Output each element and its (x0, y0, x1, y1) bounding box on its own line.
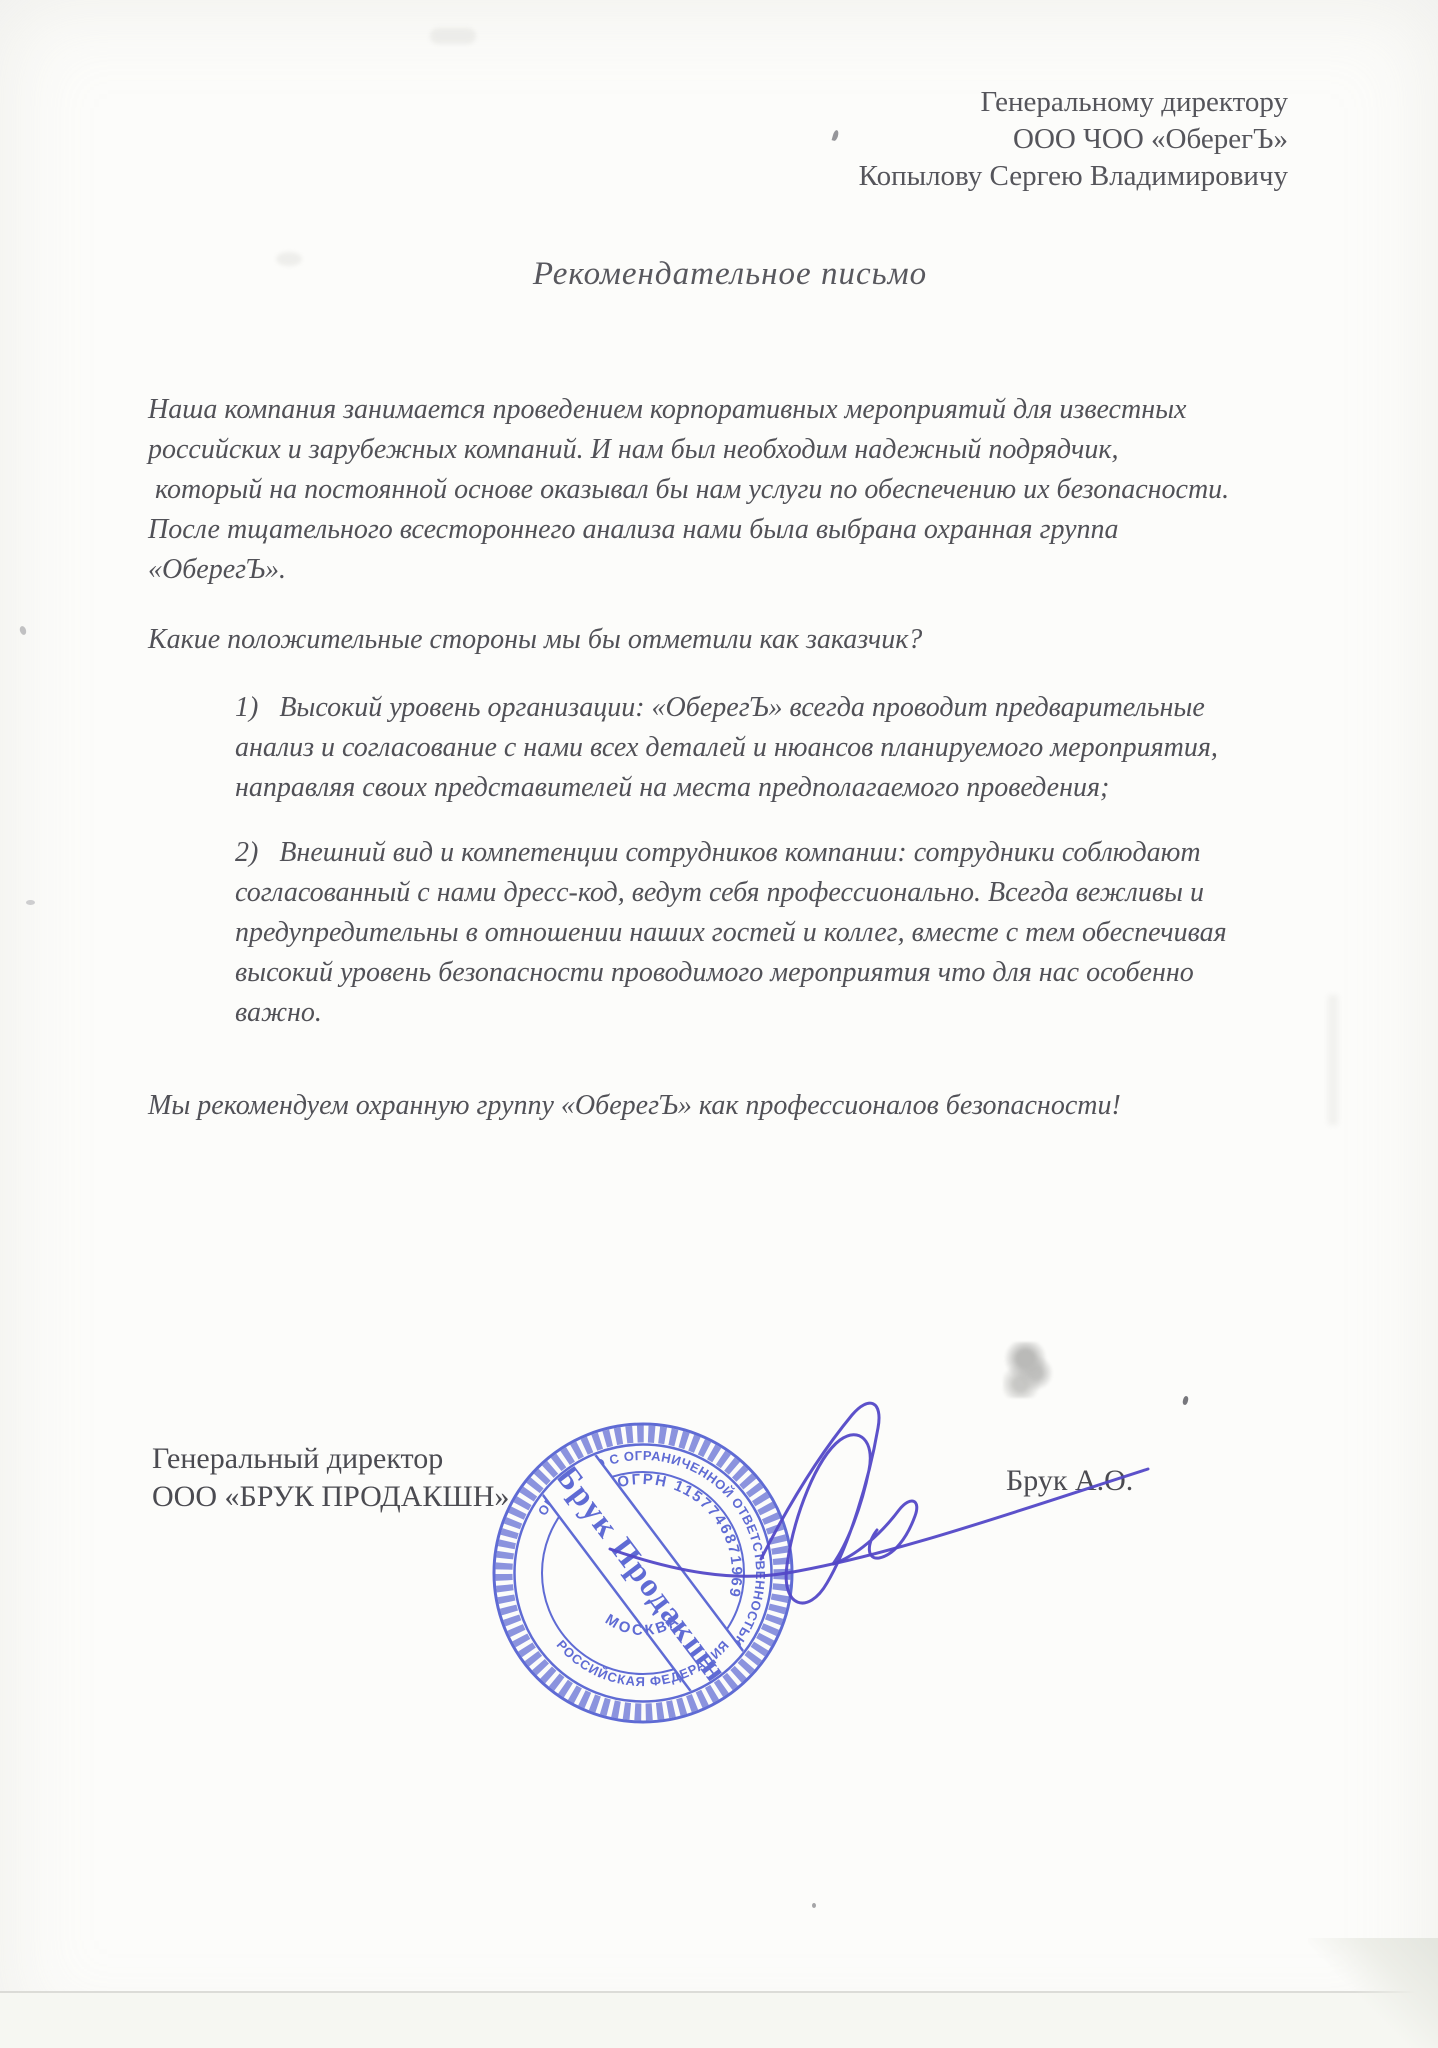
scan-smudge (1328, 995, 1338, 1125)
scan-smudge (276, 252, 302, 266)
company-stamp: ОБЩЕСТВО С ОГРАНИЧЕННОЙ ОТВЕТСТВЕННОСТЬЮ… (494, 1424, 792, 1722)
scan-speck (26, 900, 35, 905)
scan-smudge (430, 28, 476, 44)
scanned-letter-page: Генеральному директору ООО ЧОО «ОберегЪ»… (0, 0, 1438, 2048)
stamp-banner: “Брук Продакшн” (527, 1434, 759, 1711)
stamp-and-signature-layer: ОБЩЕСТВО С ОГРАНИЧЕННОЙ ОТВЕТСТВЕННОСТЬЮ… (0, 0, 1438, 2048)
scan-smudge (1003, 1342, 1053, 1398)
scan-corner-fold (1308, 1938, 1438, 2048)
scan-background-below-edge (0, 1993, 1438, 2048)
scan-speck (812, 1903, 816, 1908)
